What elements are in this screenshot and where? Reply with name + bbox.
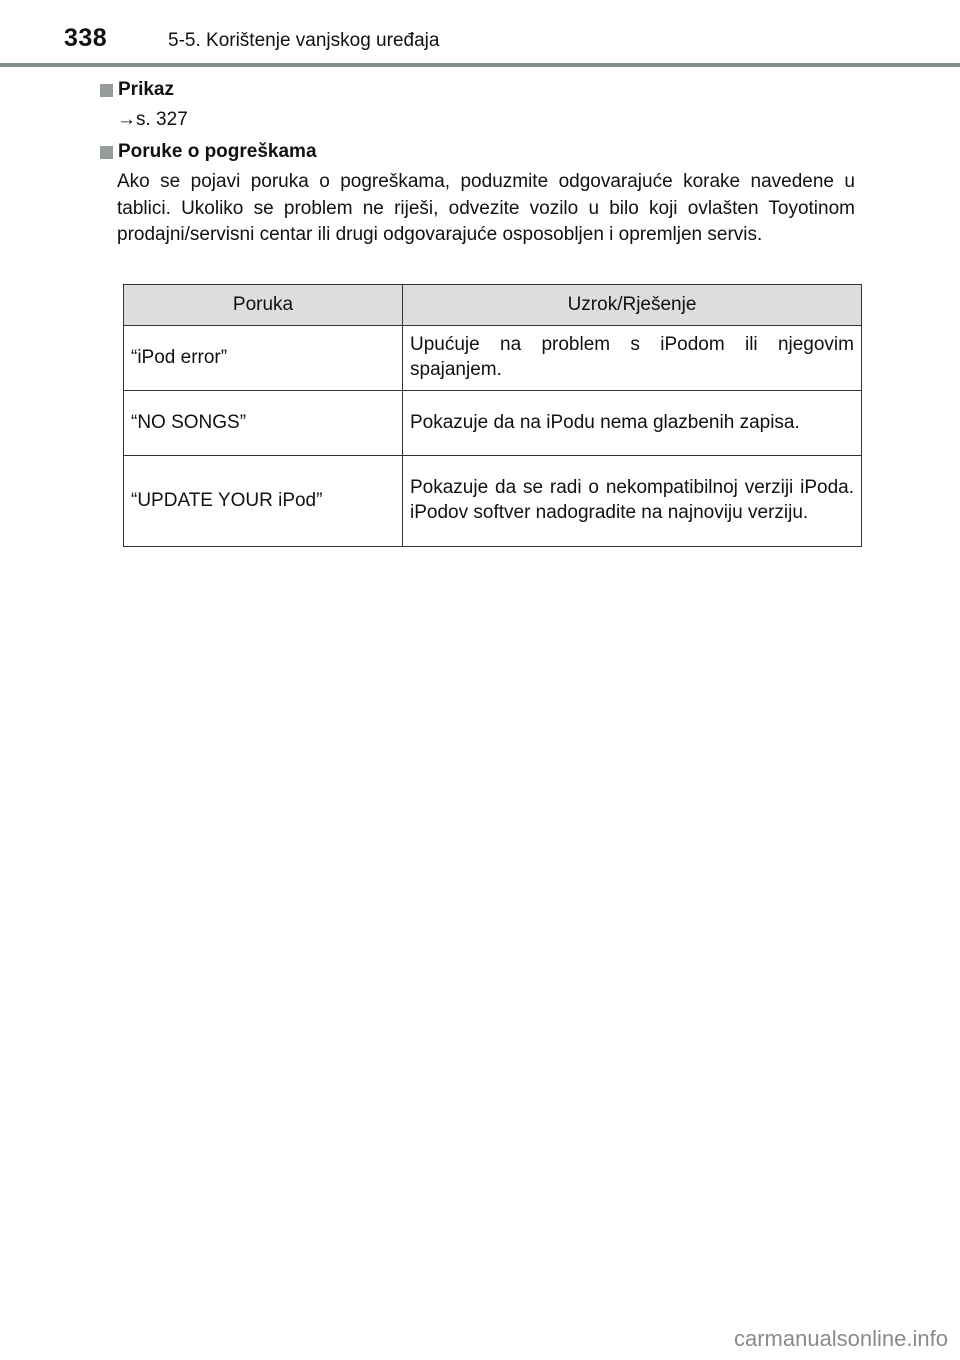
body-paragraph: Ako se pojavi poruka o pogreškama, poduz…: [117, 169, 855, 249]
table-row: “iPod error” Upućuje na problem s iPodom…: [124, 326, 862, 391]
solution-cell: Upućuje na problem s iPodom ili njegovim…: [403, 326, 862, 391]
square-bullet-icon: [100, 146, 113, 159]
heading-poruke: Poruke o pogreškama: [100, 141, 317, 163]
message-cell: “NO SONGS”: [124, 391, 403, 456]
heading-prikaz: Prikaz: [100, 79, 174, 101]
table-row: “UPDATE YOUR iPod” Pokazuje da se radi o…: [124, 456, 862, 547]
solution-cell: Pokazuje da na iPodu nema glazbenih zapi…: [403, 391, 862, 456]
section-title: 5-5. Korištenje vanjskog uređaja: [168, 30, 439, 52]
square-bullet-icon: [100, 84, 113, 97]
table-header-row: Poruka Uzrok/Rješenje: [124, 285, 862, 326]
page-header: 338 5-5. Korištenje vanjskog uređaja: [0, 0, 960, 68]
solution-cell: Pokazuje da se radi o nekompatibilnoj ve…: [403, 456, 862, 547]
heading-text: Prikaz: [118, 79, 174, 101]
table-row: “NO SONGS” Pokazuje da na iPodu nema gla…: [124, 391, 862, 456]
message-cell: “UPDATE YOUR iPod”: [124, 456, 403, 547]
page-number: 338: [64, 24, 107, 53]
header-rule: [0, 63, 960, 67]
message-cell: “iPod error”: [124, 326, 403, 391]
watermark: carmanualsonline.info: [734, 1326, 948, 1352]
page-reference-link[interactable]: →s. 327: [117, 109, 188, 131]
column-header: Poruka: [124, 285, 403, 326]
column-header: Uzrok/Rješenje: [403, 285, 862, 326]
heading-text: Poruke o pogreškama: [118, 141, 317, 163]
error-messages-table: Poruka Uzrok/Rješenje “iPod error” Upuću…: [123, 284, 862, 547]
